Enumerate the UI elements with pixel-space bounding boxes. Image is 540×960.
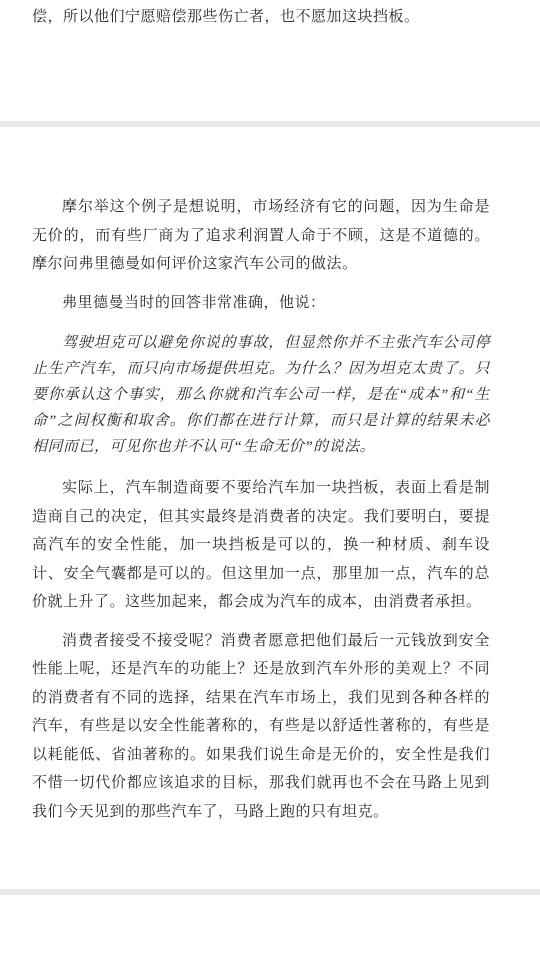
paragraph-moore-example: 摩尔举这个例子是想说明，市场经济有它的问题，因为生命是无价的，而有些厂商为了追求…	[32, 193, 490, 279]
paragraph-friedman-quote: 驾驶坦克可以避免你说的事故，但显然你并不主张汽车公司停止生产汽车，而只向市场提供…	[32, 330, 490, 460]
page-next	[0, 895, 540, 960]
page-previous: 偿，所以他们宁愿赔偿那些伤亡者，也不愿加这块挡板。	[0, 0, 540, 121]
paragraph-consumer-choice: 消费者接受不接受呢？消费者愿意把他们最后一元钱放到安全性能上呢，还是汽车的功能上…	[32, 627, 490, 827]
paragraph-friedman-intro: 弗里德曼当时的回答非常准确，他说：	[32, 289, 490, 318]
paragraph-continuation-line: 偿，所以他们宁愿赔偿那些伤亡者，也不愿加这块挡板。	[32, 3, 490, 32]
page-current: 摩尔举这个例子是想说明，市场经济有它的问题，因为生命是无价的，而有些厂商为了追求…	[0, 127, 540, 889]
reader-view[interactable]: 偿，所以他们宁愿赔偿那些伤亡者，也不愿加这块挡板。 摩尔举这个例子是想说明，市场…	[0, 0, 540, 960]
paragraph-manufacturer-cost: 实际上，汽车制造商要不要给汽车加一块挡板，表面上看是制造商自己的决定，但其实最终…	[32, 474, 490, 617]
